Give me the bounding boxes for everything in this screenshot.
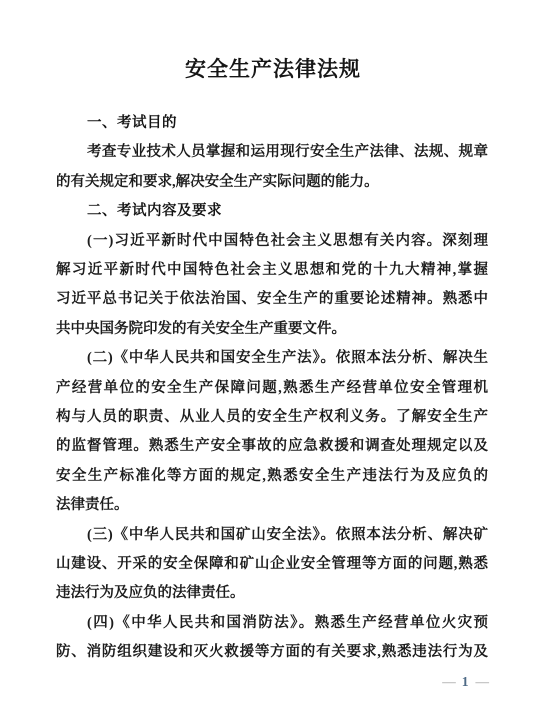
text-line: 产经营单位的安全生产保障问题,熟悉生产经营单位安全管理机 bbox=[56, 378, 488, 400]
page-number-dash-right: — bbox=[476, 674, 489, 690]
text-line: (四)《中华人民共和国消防法》。熟悉生产经营单位火灾预 bbox=[56, 613, 488, 635]
text-line: 的有关规定和要求,解决安全生产实际问题的能力。 bbox=[56, 172, 488, 194]
text-line: (二)《中华人民共和国安全生产法》。依照本法分析、解决生 bbox=[56, 348, 488, 370]
text-line: 习近平总书记关于依法治国、安全生产的重要论述精神。熟悉中 bbox=[56, 289, 488, 311]
page-number: — 1 — bbox=[442, 674, 488, 690]
text-line: 考查专业技术人员掌握和运用现行安全生产法律、法规、规章 bbox=[56, 142, 488, 164]
page-number-dash-left: — bbox=[442, 674, 455, 690]
text-line: 法律责任。 bbox=[56, 495, 488, 517]
section-heading: 一、考试目的 bbox=[56, 113, 488, 135]
text-line: 构与人员的职责、从业人员的安全生产权利义务。了解安全生产 bbox=[56, 407, 488, 429]
text-line: 违法行为及应负的法律责任。 bbox=[56, 583, 488, 605]
text-line: 的监督管理。熟悉生产安全事故的应急救援和调查处理规定以及 bbox=[56, 436, 488, 458]
text-line: 山建设、开采的安全保障和矿山企业安全管理等方面的问题,熟悉 bbox=[56, 554, 488, 576]
text-line: 解习近平新时代中国特色社会主义思想和党的十九大精神,掌握 bbox=[56, 260, 488, 282]
text-line: 安全生产标准化等方面的规定,熟悉安全生产违法行为及应负的 bbox=[56, 466, 488, 488]
document-page: 安全生产法律法规 一、考试目的考查专业技术人员掌握和运用现行安全生产法律、法规、… bbox=[0, 0, 546, 717]
text-line: 防、消防组织建设和灭火救援等方面的有关要求,熟悉违法行为及 bbox=[56, 642, 488, 664]
page-number-value: 1 bbox=[462, 674, 469, 690]
section-heading: 二、考试内容及要求 bbox=[56, 201, 488, 223]
text-line: (三)《中华人民共和国矿山安全法》。依照本法分析、解决矿 bbox=[56, 525, 488, 547]
document-body: 一、考试目的考查专业技术人员掌握和运用现行安全生产法律、法规、规章的有关规定和要… bbox=[0, 0, 546, 717]
text-line: 共中央国务院印发的有关安全生产重要文件。 bbox=[56, 319, 488, 341]
text-line: (一)习近平新时代中国特色社会主义思想有关内容。深刻理 bbox=[56, 231, 488, 253]
